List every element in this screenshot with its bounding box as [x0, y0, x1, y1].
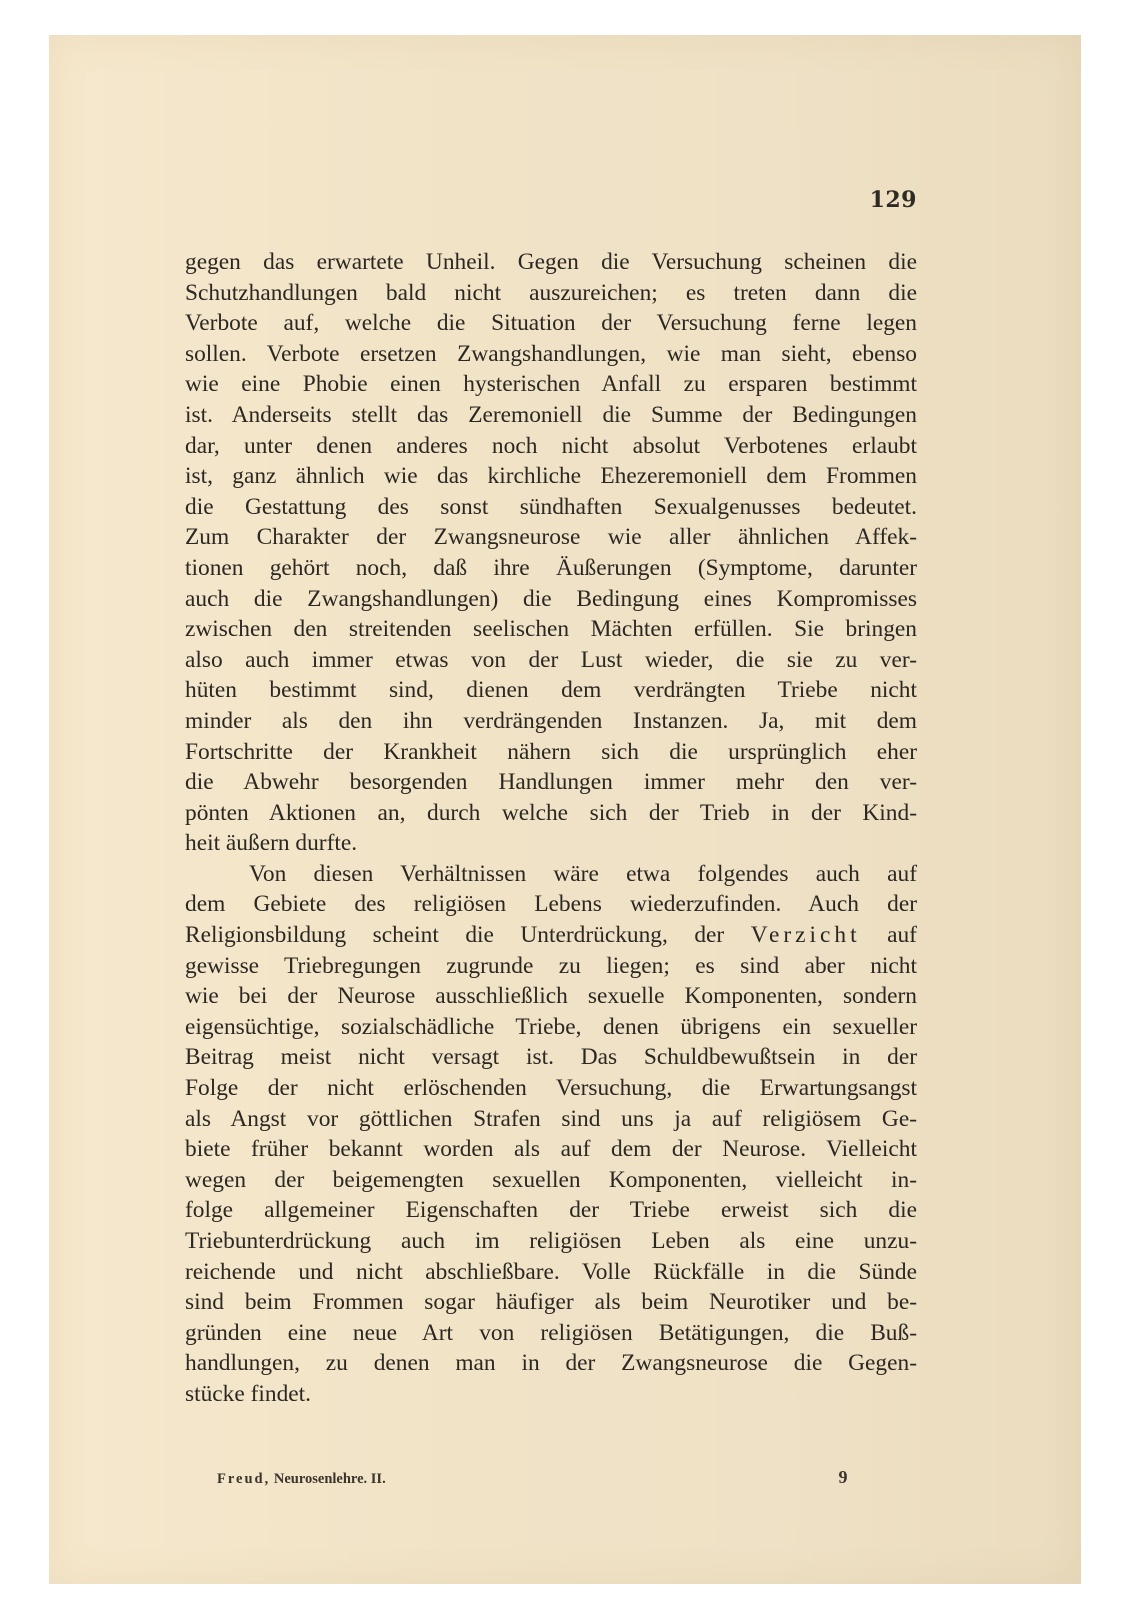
text-line: handlungen, zu denen man in der Zwangsne…: [185, 1348, 917, 1379]
text-line: tionen gehört noch, daß ihre Äußerungen …: [185, 553, 917, 584]
text-line: pönten Aktionen an, durch welche sich de…: [185, 798, 917, 829]
text-line: auch die Zwangshandlungen) die Bedingung…: [185, 584, 917, 615]
text-line: ist. Anderseits stellt das Zeremoniell d…: [185, 400, 917, 431]
text-line: Beitrag meist nicht versagt ist. Das Sch…: [185, 1042, 917, 1073]
text-line: minder als den ihn verdrängenden Instanz…: [185, 706, 917, 737]
text-line: Zum Charakter der Zwangsneurose wie alle…: [185, 522, 917, 553]
text-line: ist, ganz ähnlich wie das kirchliche Ehe…: [185, 461, 917, 492]
text-line: Folge der nicht erlöschenden Versuchung,…: [185, 1073, 917, 1104]
text-line: sollen. Verbote ersetzen Zwangshandlunge…: [185, 339, 917, 370]
text-line: gründen eine neue Art von religiösen Bet…: [185, 1318, 917, 1349]
text-line: dem Gebiete des religiösen Lebens wieder…: [185, 889, 917, 920]
paragraph-end-line: stücke findet.: [185, 1379, 917, 1410]
text-line: folge allgemeiner Eigenschaften der Trie…: [185, 1195, 917, 1226]
text-line: wie bei der Neurose ausschließlich sexue…: [185, 981, 917, 1012]
text-segment: Religionsbildung scheint die Unterdrücku…: [185, 922, 724, 948]
book-page: 129 gegen das erwartete Unheil. Gegen di…: [49, 35, 1081, 1584]
text-line: also auch immer etwas von der Lust wiede…: [185, 645, 917, 676]
text-line: gegen das erwartete Unheil. Gegen die Ve…: [185, 247, 917, 278]
text-line: gewisse Triebregungen zugrunde zu liegen…: [185, 951, 917, 982]
text-line: Triebunterdrückung auch im religiösen Le…: [185, 1226, 917, 1257]
text-line: Schutzhandlungen bald nicht auszureichen…: [185, 278, 917, 309]
text-line: als Angst vor göttlichen Strafen sind un…: [185, 1104, 917, 1135]
page-number: 129: [869, 187, 917, 213]
text-line: Fortschritte der Krankheit nähern sich d…: [185, 737, 917, 768]
emphasized-word: Verzicht: [751, 922, 861, 948]
signature-mark: 9: [831, 1467, 855, 1488]
footer-book-title: Freud, Neurosenlehre. II.: [217, 1471, 386, 1488]
text-line: reichende und nicht abschließbare. Volle…: [185, 1257, 917, 1288]
text-line: hüten bestimmt sind, dienen dem verdräng…: [185, 675, 917, 706]
text-line: wie eine Phobie einen hysterischen Anfal…: [185, 369, 917, 400]
paragraph-end-line: heit äußern durfte.: [185, 828, 917, 859]
text-line-with-emphasis: Religionsbildung scheint die Unterdrücku…: [185, 920, 917, 951]
text-line: eigensüchtige, sozialschädliche Triebe, …: [185, 1012, 917, 1043]
text-line: dar, unter denen anderes noch nicht abso…: [185, 431, 917, 462]
text-line: Verbote auf, welche die Situation der Ve…: [185, 308, 917, 339]
body-text: gegen das erwartete Unheil. Gegen die Ve…: [185, 247, 917, 1410]
paragraph-start-line: Von diesen Verhältnissen wäre etwa folge…: [185, 859, 917, 890]
text-line: biete früher bekannt worden als auf dem …: [185, 1134, 917, 1165]
text-line: zwischen den streitenden seelischen Mäch…: [185, 614, 917, 645]
text-line: wegen der beigemengten sexuellen Kompone…: [185, 1165, 917, 1196]
text-segment: auf: [887, 922, 917, 948]
footer-title: Neurosenlehre. II.: [274, 1471, 386, 1487]
text-line: die Gestattung des sonst sündhaften Sexu…: [185, 492, 917, 523]
text-line: sind beim Frommen sogar häufiger als bei…: [185, 1287, 917, 1318]
footer-author: Freud,: [217, 1471, 270, 1487]
text-line: die Abwehr besorgenden Handlungen immer …: [185, 767, 917, 798]
